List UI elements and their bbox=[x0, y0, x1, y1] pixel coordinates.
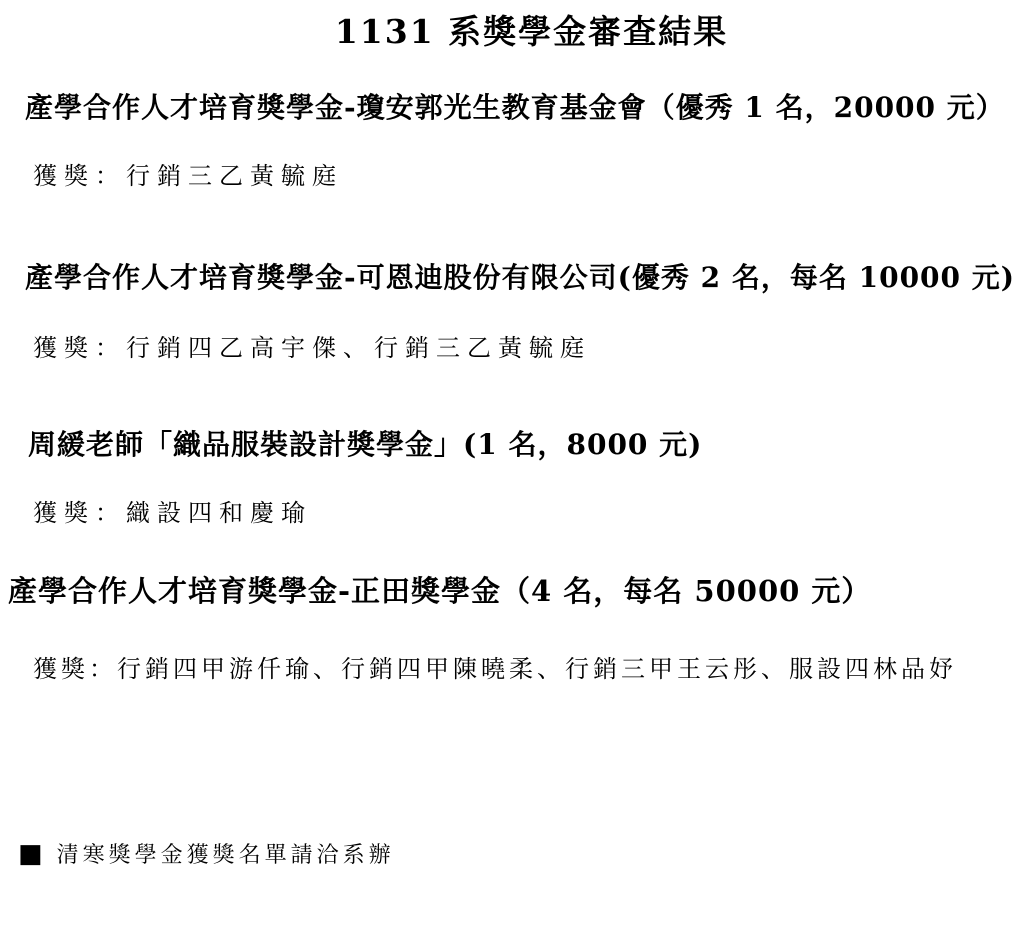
scholarship-heading-2: 產學合作人才培育獎學金-可恩迪股份有限公司(優秀 2 名，每名 10000 元) bbox=[25, 256, 1013, 296]
square-bullet-icon: ■ bbox=[18, 841, 43, 867]
winners-line-1: 獲獎：行銷三乙黃毓庭 bbox=[33, 156, 343, 191]
footnote: ■ 清寒獎學金獲獎名單請洽系辦 bbox=[18, 838, 395, 869]
document-page: 1131 系獎學金審查結果 產學合作人才培育獎學金-瓊安郭光生教育基金會（優秀 … bbox=[0, 0, 1013, 935]
winners-line-4: 獲獎：行銷四甲游仟瑜、行銷四甲陳曉柔、行銷三甲王云彤、服設四林品妤 bbox=[33, 649, 957, 684]
scholarship-heading-4: 產學合作人才培育獎學金-正田獎學金（4 名，每名 50000 元） bbox=[8, 569, 871, 610]
winners-line-2: 獲獎：行銷四乙高宇傑、行銷三乙黃毓庭 bbox=[33, 328, 591, 363]
document-title: 1131 系獎學金審查結果 bbox=[0, 6, 1013, 53]
scholarship-heading-1: 產學合作人才培育獎學金-瓊安郭光生教育基金會（優秀 1 名，20000 元） bbox=[25, 86, 1005, 126]
winners-line-3: 獲獎：織設四和慶瑜 bbox=[33, 493, 312, 528]
scholarship-heading-3: 周緩老師「織品服裝設計獎學金」(1 名，8000 元) bbox=[28, 423, 702, 463]
footnote-text: 清寒獎學金獲獎名單請洽系辦 bbox=[57, 838, 395, 869]
